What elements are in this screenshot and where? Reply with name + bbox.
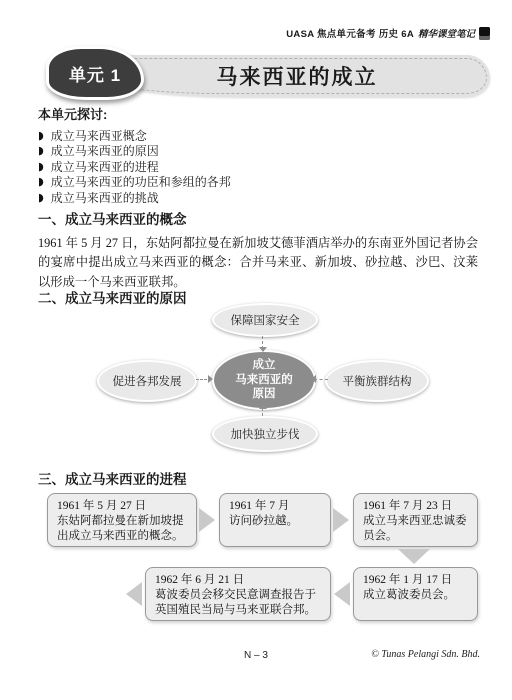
bullet-icon: ◗: [38, 143, 44, 158]
list-item-text: 成立马来西亚的进程: [51, 160, 159, 175]
list-item-text: 成立马来西亚的原因: [51, 144, 159, 159]
arrow-left-icon: [334, 582, 350, 606]
bullet-icon: ◗: [38, 190, 44, 205]
section-reasons-heading: 二、成立马来西亚的原因: [38, 287, 187, 307]
list-item: ◗成立马来西亚的进程: [38, 160, 478, 175]
arrow-right-icon: [333, 508, 349, 532]
flow-step-date: 1961 年 7 月: [229, 499, 321, 514]
list-item: ◗成立马来西亚概念: [38, 129, 478, 144]
header-series-title: UASA 焦点单元备考 历史 6A: [286, 26, 414, 40]
arrow-down-icon: [398, 549, 430, 564]
diagram-center-text: 成立 马来西亚的 原因: [235, 358, 293, 403]
flow-step-4: 1962 年 1 月 17 日 成立葛波委员会。: [353, 567, 478, 621]
section-concept-paragraph: 1961 年 5 月 27 日，东姑阿都拉曼在新加坡艾德菲酒店举办的东南亚外国记…: [38, 234, 478, 292]
list-item-text: 成立马来西亚的功臣和参组的各邦: [51, 175, 231, 190]
bullet-icon: ◗: [38, 128, 44, 143]
flow-step-text: 成立马来西亚忠诚委员会。: [363, 514, 468, 544]
center-text-line: 成立: [235, 358, 293, 373]
arrow-right-icon: [199, 508, 215, 532]
section-process-heading: 三、成立马来西亚的进程: [38, 468, 187, 488]
flow-step-text: 访问砂拉越。: [229, 514, 321, 529]
arrowhead-icon: [259, 347, 267, 352]
arrowhead-icon: [208, 375, 213, 383]
publisher-logo-icon: [479, 27, 490, 40]
unit-overview: 本单元探讨: ◗成立马来西亚概念 ◗成立马来西亚的原因 ◗成立马来西亚的进程 ◗…: [38, 104, 478, 206]
unit-title: 马来西亚的成立: [217, 61, 378, 91]
list-item-text: 成立马来西亚概念: [51, 129, 147, 144]
center-text-line: 马来西亚的: [235, 373, 293, 388]
diagram-center-ellipse: 成立 马来西亚的 原因: [212, 350, 316, 410]
reason-bubble-top: 保障国家安全: [212, 303, 318, 337]
flow-step-text: 葛波委员会移交民意调查报告于英国殖民当局与马来亚联合邦。: [155, 588, 321, 618]
bullet-icon: ◗: [38, 159, 44, 174]
overview-heading: 本单元探讨:: [38, 104, 478, 123]
unit-title-banner-dashed-border: 马来西亚的成立: [107, 58, 487, 94]
overview-list: ◗成立马来西亚概念 ◗成立马来西亚的原因 ◗成立马来西亚的进程 ◗成立马来西亚的…: [38, 129, 478, 206]
flow-step-date: 1962 年 6 月 21 日: [155, 573, 321, 588]
header-subtitle: 精华课堂笔记: [418, 26, 475, 40]
textbook-page: UASA 焦点单元备考 历史 6A 精华课堂笔记 马来西亚的成立 单元 1 本单…: [0, 0, 512, 700]
flow-step-text: 东姑阿都拉曼在新加坡提出成立马来西亚的概念。: [57, 514, 187, 544]
reason-bubble-bottom: 加快独立步伐: [212, 416, 318, 452]
flow-step-3: 1961 年 7 月 23 日 成立马来西亚忠诚委员会。: [353, 493, 478, 547]
bullet-icon: ◗: [38, 174, 44, 189]
page-header: UASA 焦点单元备考 历史 6A 精华课堂笔记: [286, 26, 490, 40]
unit-title-banner: 马来西亚的成立: [104, 55, 490, 97]
flow-step-2: 1961 年 7 月 访问砂拉越。: [219, 493, 331, 547]
flow-step-5: 1962 年 6 月 21 日 葛波委员会移交民意调查报告于英国殖民当局与马来亚…: [145, 567, 331, 621]
arrowhead-icon: [311, 375, 316, 383]
unit-badge-label: 单元 1: [69, 61, 121, 86]
dashed-connector: [262, 408, 263, 416]
list-item-text: 成立马来西亚的挑战: [51, 191, 159, 206]
arrow-left-icon: [126, 582, 142, 606]
section-concept-heading: 一、成立马来西亚的概念: [38, 208, 478, 228]
arrowhead-icon: [259, 404, 267, 409]
flow-step-date: 1962 年 1 月 17 日: [363, 573, 468, 588]
list-item: ◗成立马来西亚的挑战: [38, 191, 478, 206]
flow-step-1: 1961 年 5 月 27 日 东姑阿都拉曼在新加坡提出成立马来西亚的概念。: [47, 493, 197, 547]
list-item: ◗成立马来西亚的功臣和参组的各邦: [38, 175, 478, 190]
flow-step-date: 1961 年 7 月 23 日: [363, 499, 468, 514]
flow-step-text: 成立葛波委员会。: [363, 588, 468, 603]
section-concept: 一、成立马来西亚的概念 1961 年 5 月 27 日，东姑阿都拉曼在新加坡艾德…: [38, 208, 478, 292]
flow-step-date: 1961 年 5 月 27 日: [57, 499, 187, 514]
dashed-connector: [314, 379, 328, 380]
copyright-notice: © Tunas Pelangi Sdn. Bhd.: [371, 649, 480, 660]
list-item: ◗成立马来西亚的原因: [38, 144, 478, 159]
reason-bubble-right: 平衡族群结构: [325, 360, 429, 402]
reason-bubble-left: 促进各邦发展: [97, 360, 197, 402]
center-text-line: 原因: [235, 387, 293, 402]
unit-badge: 单元 1: [46, 46, 144, 100]
